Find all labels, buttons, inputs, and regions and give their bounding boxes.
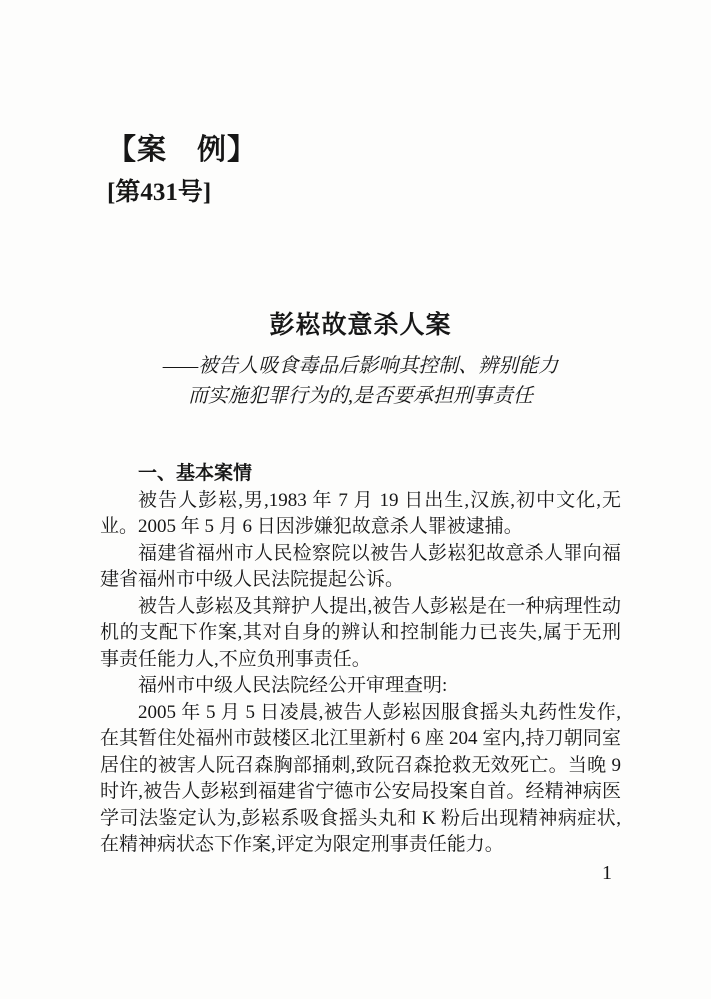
subtitle-line-1: ——被告人吸食毒品后影响其控制、辨别能力 xyxy=(100,351,621,381)
body-paragraph: 被告人彭崧及其辩护人提出,被告人彭崧是在一种病理性动机的支配下作案,其对自身的辨… xyxy=(100,594,621,674)
body-paragraph: 福州市中级人民法院经公开审理查明: xyxy=(100,673,621,700)
body-paragraph: 被告人彭崧,男,1983 年 7 月 19 日出生,汉族,初中文化,无业。200… xyxy=(100,488,621,541)
case-type-label: 【案 例】 xyxy=(107,127,257,168)
case-subtitle: ——被告人吸食毒品后影响其控制、辨别能力 而实施犯罪行为的,是否要承担刑事责任 xyxy=(100,351,621,411)
document-body: 一、基本案情 被告人彭崧,男,1983 年 7 月 19 日出生,汉族,初中文化… xyxy=(100,461,621,859)
case-title: 彭崧故意杀人案 xyxy=(100,305,621,341)
document-page: 【案 例】 [第431号] 彭崧故意杀人案 ——被告人吸食毒品后影响其控制、辨别… xyxy=(0,0,711,999)
section-heading: 一、基本案情 xyxy=(100,461,621,488)
page-number: 1 xyxy=(100,862,612,885)
case-number-label: [第431号] xyxy=(107,172,211,208)
body-paragraph: 2005 年 5 月 5 日凌晨,被告人彭崧因服食摇头丸药性发作,在其暂住处福州… xyxy=(100,700,621,859)
subtitle-line-2: 而实施犯罪行为的,是否要承担刑事责任 xyxy=(100,381,621,411)
body-paragraph: 福建省福州市人民检察院以被告人彭崧犯故意杀人罪向福建省福州市中级人民法院提起公诉… xyxy=(100,541,621,594)
